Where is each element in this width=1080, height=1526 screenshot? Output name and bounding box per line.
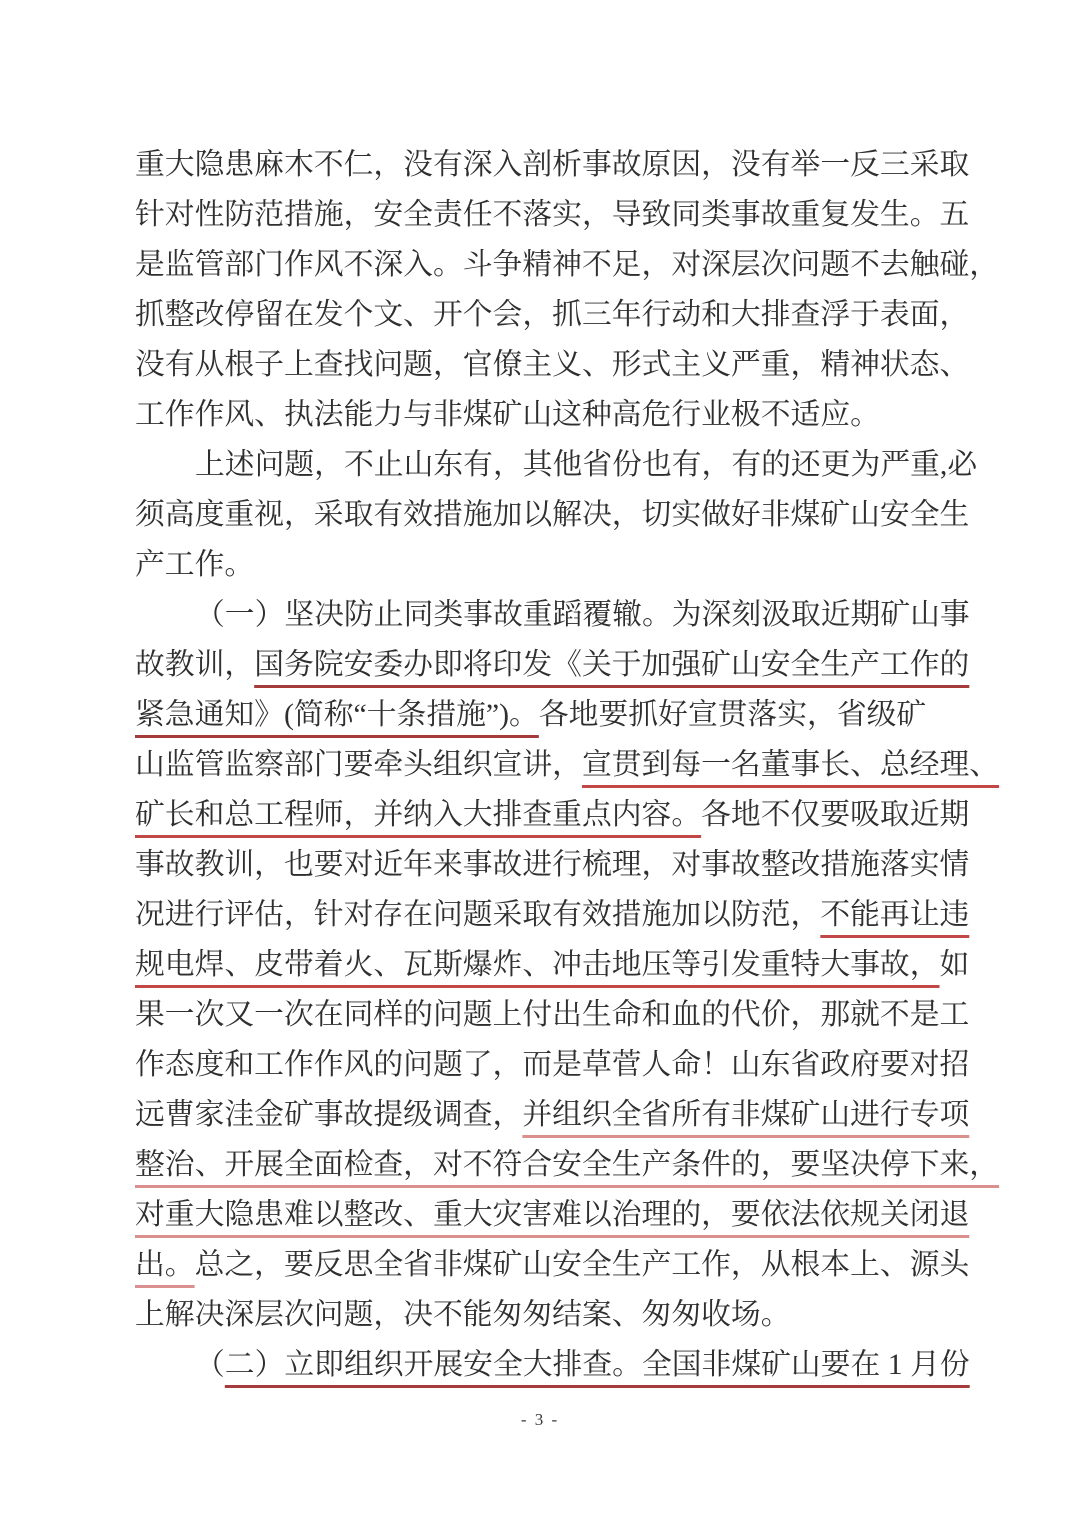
text-line: 工作作风、执法能力与非煤矿山这种高危行业极不适应。 (135, 390, 975, 440)
text-line: 对重大隐患难以整改、重大灾害难以治理的，要依法依规关闭退 (135, 1190, 975, 1240)
text-segment: （ (195, 1348, 225, 1381)
text-line: 故教训，国务院安委办即将印发《关于加强矿山安全生产工作的 (135, 640, 975, 690)
text-line: 远曹家洼金矿事故提级调查，并组织全省所有非煤矿山进行专项 (135, 1090, 975, 1140)
text-segment: （一）坚决防止同类事故重蹈覆辙。为深刻汲取近期矿山事 (195, 598, 970, 631)
text-segment: 山监管监察部门要牵头组织宣讲， (135, 748, 582, 781)
text-line: 上解决深层次问题，决不能匆匆结案、匆匆收场。 (135, 1290, 975, 1340)
text-segment: 上述问题，不止山东有，其他省份也有，有的还更为严重,必 (195, 448, 977, 481)
text-line: 规电焊、皮带着火、瓦斯爆炸、冲击地压等引发重特大事故，如 (135, 940, 975, 990)
text-line: 是监管部门作风不深入。斗争精神不足，对深层次问题不去触碰， (135, 240, 975, 290)
underlined-text-segment: 并组织全省所有非煤矿山进行专项 (522, 1098, 969, 1131)
page-number: - 3 - (0, 1410, 1080, 1430)
text-segment: 抓整改停留在发个文、开个会，抓三年行动和大排查浮于表面， (135, 298, 969, 331)
underlined-text-segment: 紧急通知》(简称“十条措施”)。 (135, 698, 539, 731)
underlined-text-segment: 国务院安委办即将印发《关于加强矿山安全生产工作的 (254, 648, 969, 681)
underlined-text-segment: 规电焊、皮带着火、瓦斯爆炸、冲击地压等引发重特大事故， (135, 948, 940, 981)
underlined-text-segment: 矿长和总工程师，并纳入大排查重点内容。 (135, 798, 701, 831)
text-line: 重大隐患麻木不仁，没有深入剖析事故原因，没有举一反三采取 (135, 140, 975, 190)
underlined-text-segment: 出。 (135, 1248, 195, 1281)
text-segment: 果一次又一次在同样的问题上付出生命和血的代价，那就不是工 (135, 998, 969, 1031)
underlined-text-segment: 整治、开展全面检查，对不符合安全生产条件的，要坚决停下来， (135, 1148, 999, 1181)
text-segment: 上解决深层次问题，决不能匆匆结案、匆匆收场。 (135, 1298, 791, 1331)
text-line: 紧急通知》(简称“十条措施”)。各地要抓好宣贯落实，省级矿 (135, 690, 975, 740)
document-body: 重大隐患麻木不仁，没有深入剖析事故原因，没有举一反三采取针对性防范措施，安全责任… (135, 140, 975, 1390)
text-segment: 事故教训，也要对近年来事故进行梳理，对事故整改措施落实情 (135, 848, 969, 881)
document-page: 重大隐患麻木不仁，没有深入剖析事故原因，没有举一反三采取针对性防范措施，安全责任… (0, 0, 1080, 1526)
text-segment: 作态度和工作作风的问题了，而是草菅人命！山东省政府要对招 (135, 1048, 969, 1081)
text-segment: 没有从根子上查找问题，官僚主义、形式主义严重，精神状态、 (135, 348, 969, 381)
text-segment: 针对性防范措施，安全责任不落实，导致同类事故重复发生。五 (135, 198, 969, 231)
text-segment: 产工作。 (135, 548, 254, 581)
text-segment: 须高度重视，采取有效措施加以解决，切实做好非煤矿山安全生 (135, 498, 969, 531)
underlined-text-segment: 不能再让违 (820, 898, 969, 931)
underlined-text-segment: 对重大隐患难以整改、重大灾害难以治理的，要依法依规关闭退 (135, 1198, 969, 1231)
text-line: 果一次又一次在同样的问题上付出生命和血的代价，那就不是工 (135, 990, 975, 1040)
text-line: 整治、开展全面检查，对不符合安全生产条件的，要坚决停下来， (135, 1140, 975, 1190)
text-line: 没有从根子上查找问题，官僚主义、形式主义严重，精神状态、 (135, 340, 975, 390)
text-segment: 是监管部门作风不深入。斗争精神不足，对深层次问题不去触碰， (135, 248, 999, 281)
text-line: 事故教训，也要对近年来事故进行梳理，对事故整改措施落实情 (135, 840, 975, 890)
text-segment: 各地要抓好宣贯落实，省级矿 (539, 698, 926, 731)
text-line: 抓整改停留在发个文、开个会，抓三年行动和大排查浮于表面， (135, 290, 975, 340)
text-segment: 总之，要反思全省非煤矿山安全生产工作，从根本上、源头 (195, 1248, 970, 1281)
text-segment: 故教训， (135, 648, 254, 681)
text-line: 作态度和工作作风的问题了，而是草菅人命！山东省政府要对招 (135, 1040, 975, 1090)
text-line: （二）立即组织开展安全大排查。全国非煤矿山要在 1 月份 (135, 1340, 975, 1390)
text-line: 出。总之，要反思全省非煤矿山安全生产工作，从根本上、源头 (135, 1240, 975, 1290)
underlined-text-segment: 二）立即组织开展安全大排查。全国非煤矿山要在 1 月份 (225, 1348, 970, 1381)
text-segment: 远曹家洼金矿事故提级调查， (135, 1098, 522, 1131)
text-line: 山监管监察部门要牵头组织宣讲，宣贯到每一名董事长、总经理、 (135, 740, 975, 790)
text-line: 针对性防范措施，安全责任不落实，导致同类事故重复发生。五 (135, 190, 975, 240)
text-line: 况进行评估，针对存在问题采取有效措施加以防范，不能再让违 (135, 890, 975, 940)
text-line: （一）坚决防止同类事故重蹈覆辙。为深刻汲取近期矿山事 (135, 590, 975, 640)
text-line: 产工作。 (135, 540, 975, 590)
text-segment: 如 (940, 948, 970, 981)
text-line: 上述问题，不止山东有，其他省份也有，有的还更为严重,必 (135, 440, 975, 490)
text-line: 矿长和总工程师，并纳入大排查重点内容。各地不仅要吸取近期 (135, 790, 975, 840)
underlined-text-segment: 宣贯到每一名董事长、总经理、 (582, 748, 999, 781)
text-segment: 工作作风、执法能力与非煤矿山这种高危行业极不适应。 (135, 398, 880, 431)
text-segment: 各地不仅要吸取近期 (701, 798, 969, 831)
text-segment: 重大隐患麻木不仁，没有深入剖析事故原因，没有举一反三采取 (135, 148, 969, 181)
text-line: 须高度重视，采取有效措施加以解决，切实做好非煤矿山安全生 (135, 490, 975, 540)
text-segment: 况进行评估，针对存在问题采取有效措施加以防范， (135, 898, 820, 931)
